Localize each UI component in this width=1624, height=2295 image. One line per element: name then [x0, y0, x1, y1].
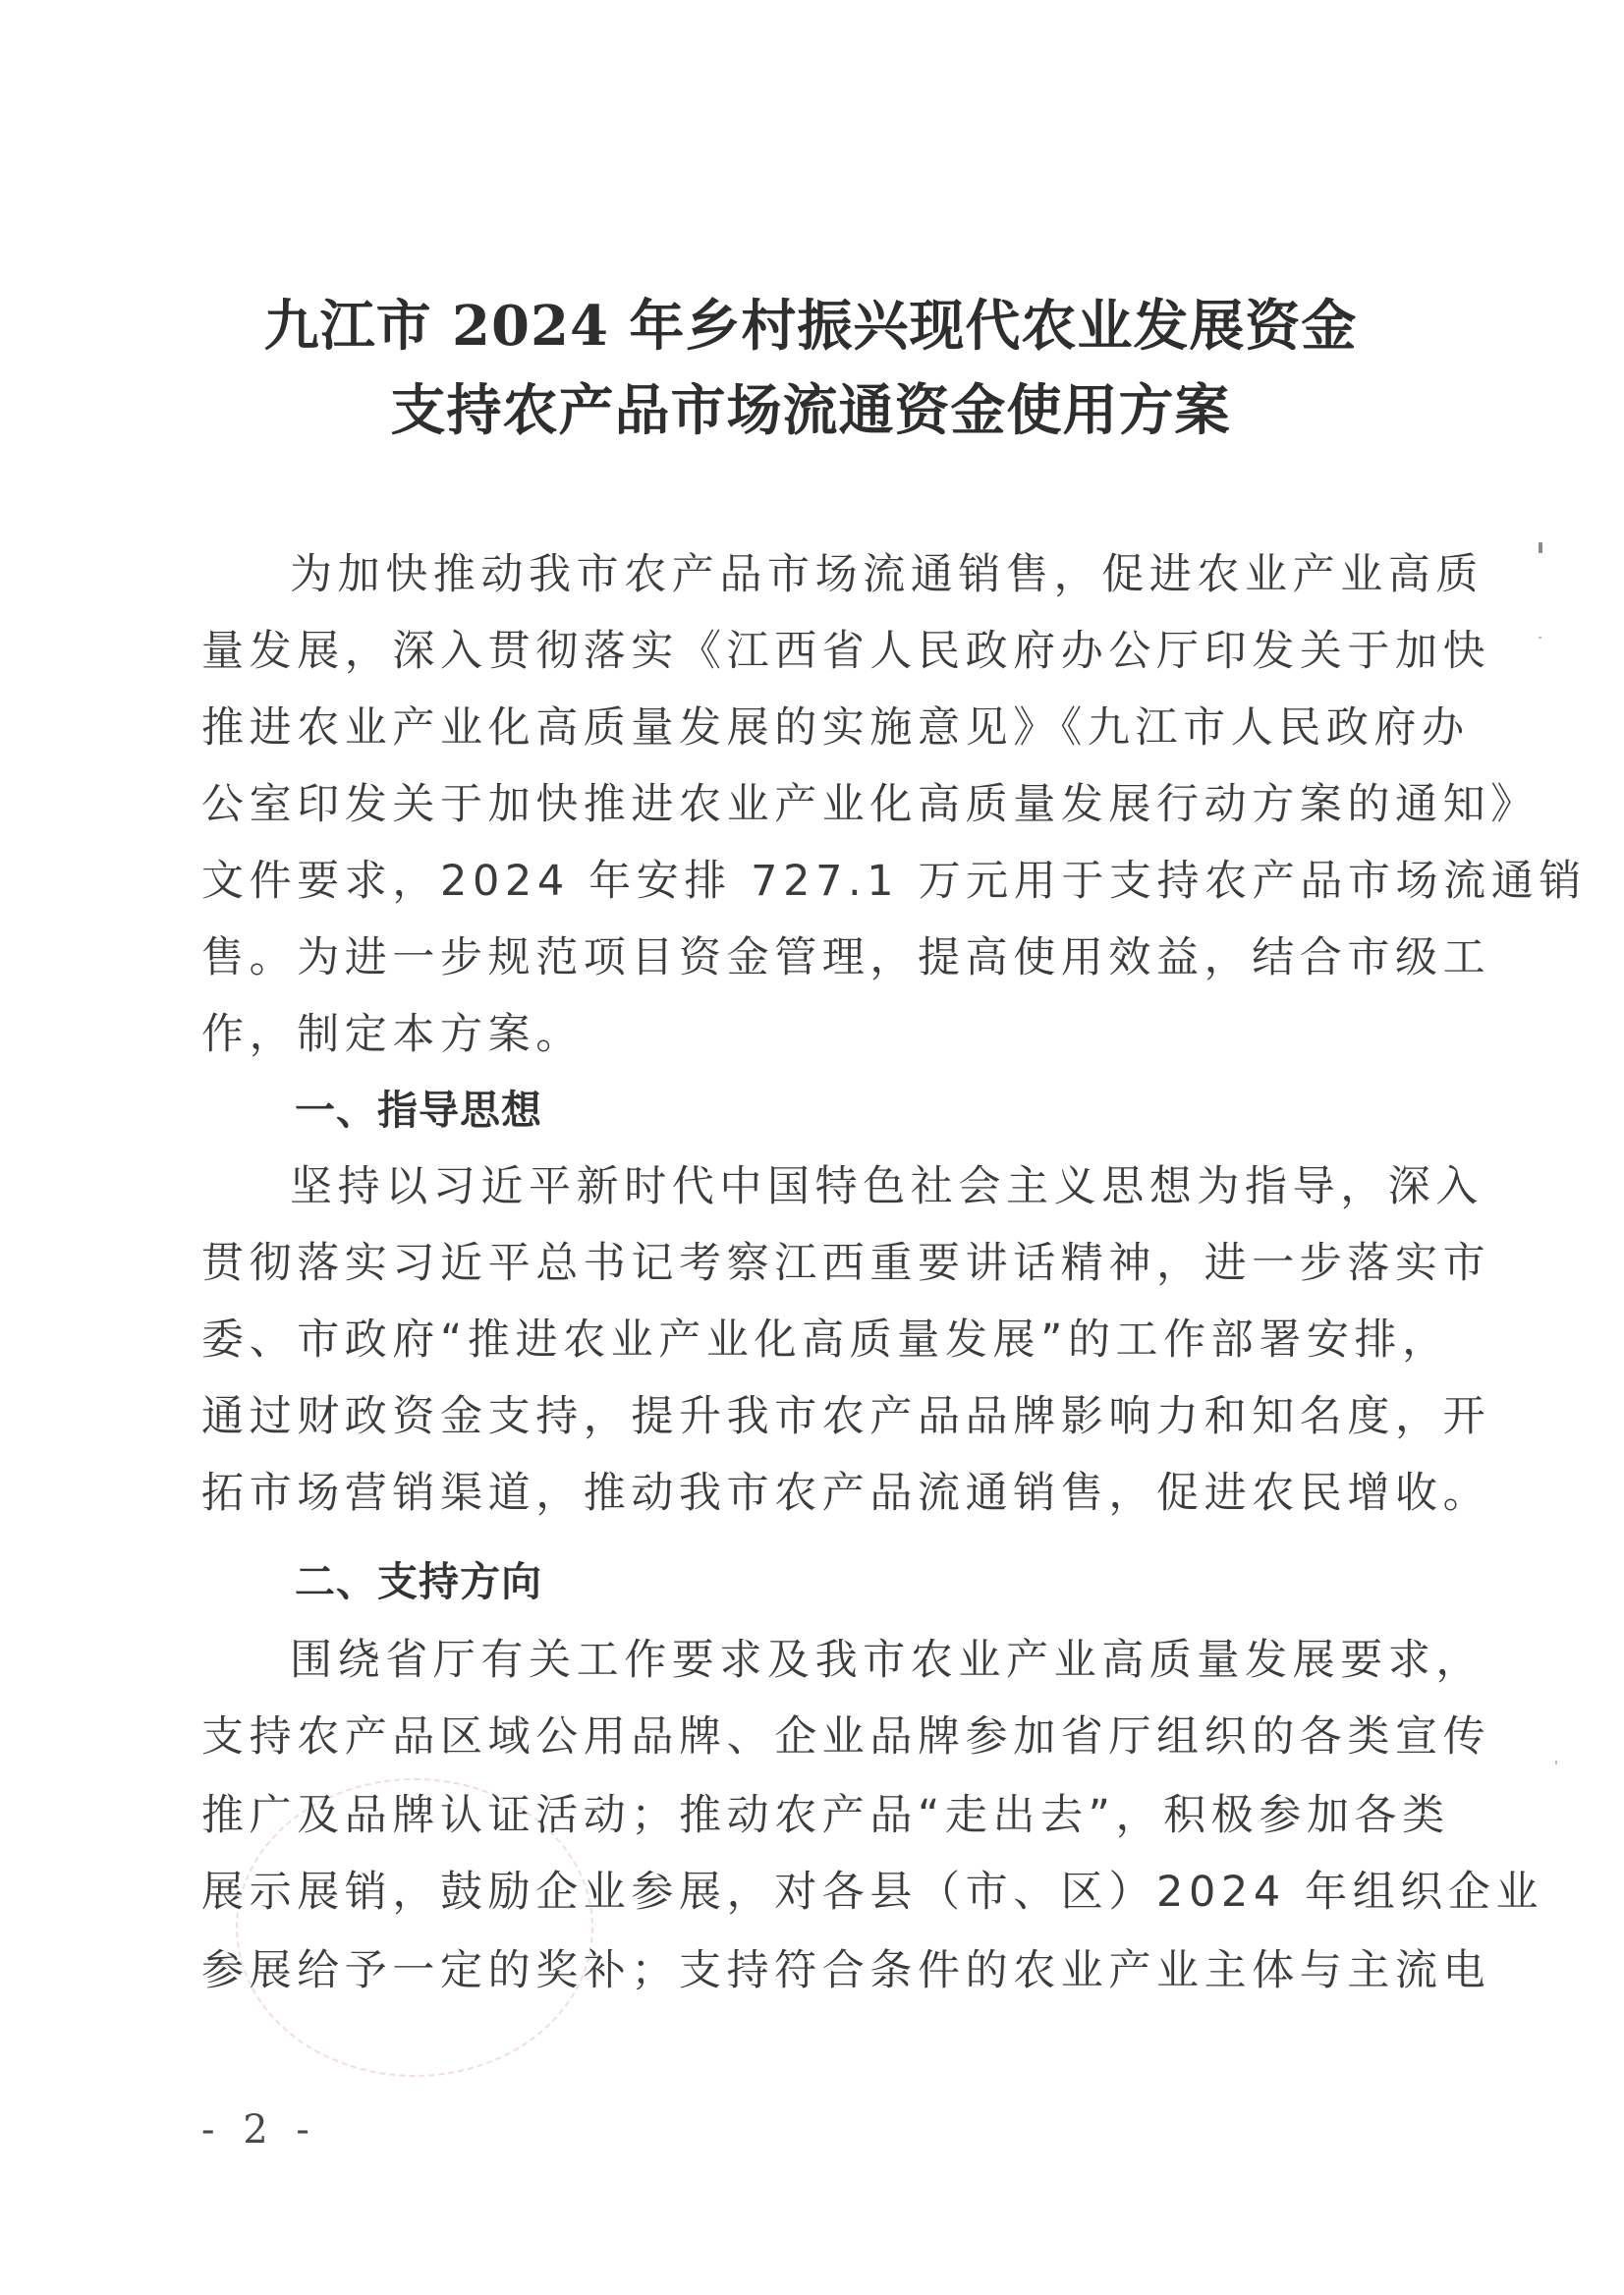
intro-line: 售。为进一步规范项目资金管理，提高使用效益，结合市级工: [201, 928, 1420, 987]
intro-line: 量发展，深入贯彻落实《江西省人民政府办公厅印发关于加快: [201, 622, 1420, 681]
section-2-line: 推广及品牌认证活动；推动农产品“走出去”，积极参加各类: [201, 1786, 1420, 1845]
margin-scan-mark: [1539, 637, 1541, 639]
document-page: 九江市 2024 年乡村振兴现代农业发展资金 支持农产品市场流通资金使用方案 为…: [0, 0, 1624, 2295]
section-1-line: 坚持以习近平新时代中国特色社会主义思想为指导，深入: [290, 1157, 1420, 1216]
section-1-line: 拓市场营销渠道，推动我市农产品流通销售，促进农民增收。: [201, 1464, 1420, 1523]
page-number: - 2 -: [201, 2107, 317, 2153]
intro-line: 文件要求，2024 年安排 727.1 万元用于支持农产品市场流通销: [201, 852, 1420, 911]
document-title-line-1: 九江市 2024 年乡村振兴现代农业发展资金: [196, 287, 1425, 365]
intro-line: 公室印发关于加快推进农业产业化高质量发展行动方案的通知》: [201, 775, 1420, 834]
margin-scan-mark: [1539, 542, 1542, 553]
intro-line: 作，制定本方案。: [201, 1005, 1420, 1064]
intro-line: 为加快推动我市农产品市场流通销售，促进农业产业高质: [290, 545, 1420, 604]
section-1-line: 贯彻落实习近平总书记考察江西重要讲话精神，进一步落实市: [201, 1234, 1420, 1293]
section-1-line: 委、市政府“推进农业产业化高质量发展”的工作部署安排，: [201, 1311, 1420, 1370]
margin-scan-mark: [1555, 1761, 1557, 1764]
section-1-line: 通过财政资金支持，提升我市农产品品牌影响力和知名度，开: [201, 1387, 1420, 1446]
section-heading-guiding-ideology: 一、指导思想: [295, 1081, 542, 1140]
intro-line: 推进农业产业化高质量发展的实施意见》《九江市人民政府办: [201, 699, 1420, 757]
section-2-line: 展示展销，鼓励企业参展，对各县（市、区）2024 年组织企业: [201, 1863, 1420, 1922]
section-heading-support-direction: 二、支持方向: [295, 1552, 542, 1611]
document-title-line-2: 支持农产品市场流通资金使用方案: [196, 371, 1425, 450]
section-2-line: 支持农产品区域公用品牌、企业品牌参加省厅组织的各类宣传: [201, 1707, 1420, 1766]
section-2-line: 围绕省厅有关工作要求及我市农业产业高质量发展要求，: [290, 1631, 1420, 1690]
section-2-line: 参展给予一定的奖补；支持符合条件的农业产业主体与主流电: [201, 1941, 1420, 2000]
